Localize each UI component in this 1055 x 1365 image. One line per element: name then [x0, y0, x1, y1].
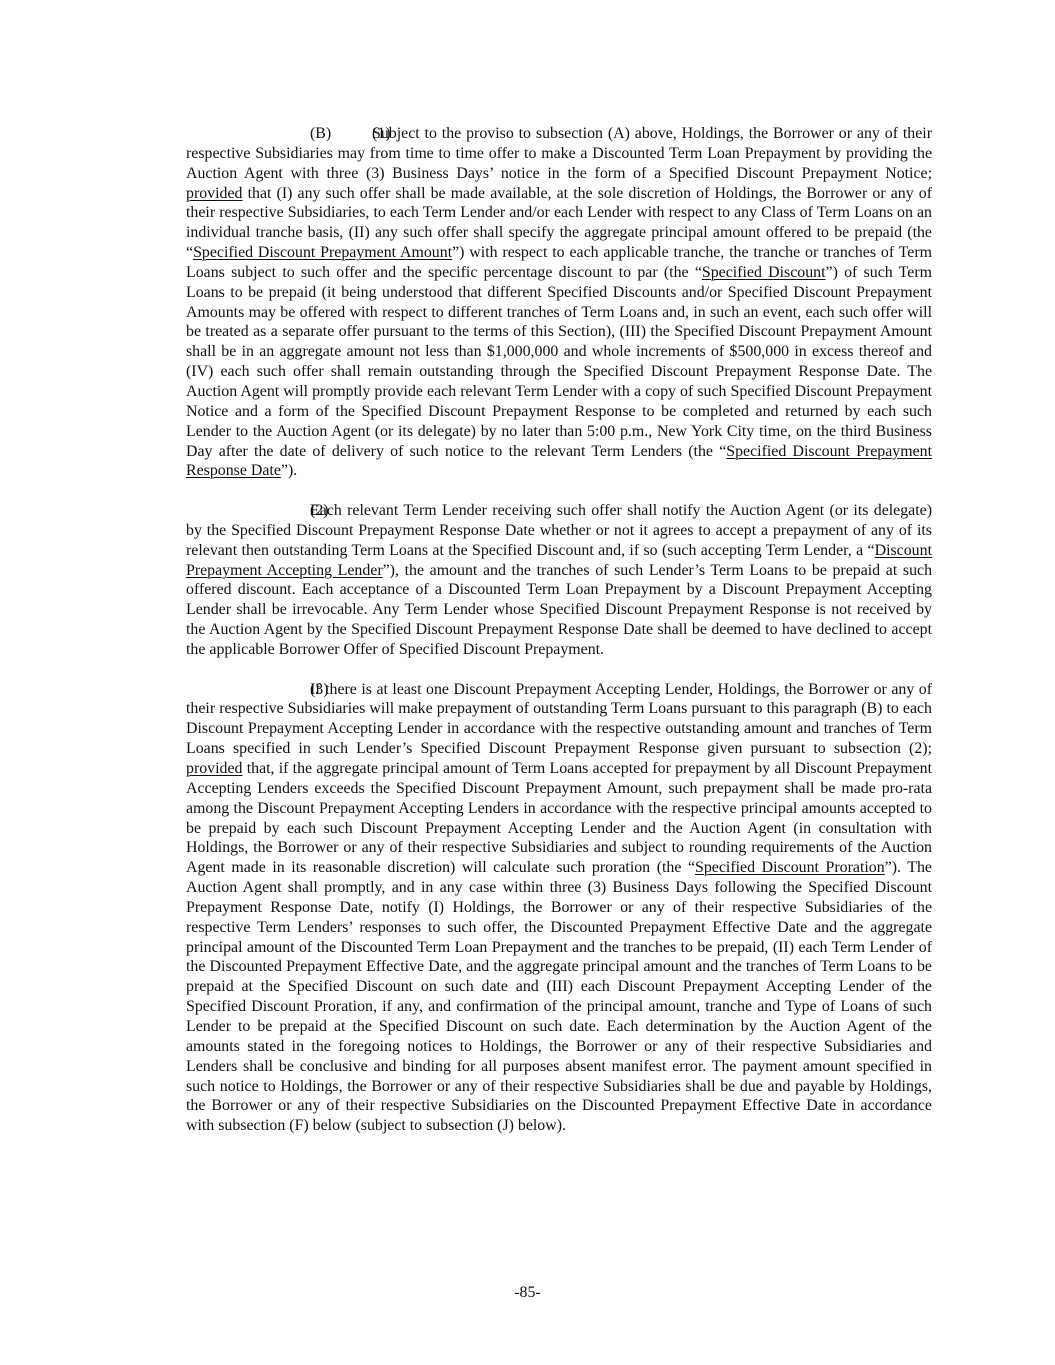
text-segment: ”).: [281, 462, 297, 479]
subsection-label-1: (1): [310, 124, 372, 144]
page-number: -85-: [0, 1284, 1055, 1302]
document-page: (B)(1)Subject to the proviso to subsecti…: [186, 124, 932, 1156]
paragraph-b-1: (B)(1)Subject to the proviso to subsecti…: [186, 124, 932, 481]
defined-term-specified-discount-proration: Specified Discount Proration: [695, 859, 885, 876]
section-label-b: (B): [248, 124, 310, 144]
defined-term-provided: provided: [186, 760, 243, 777]
subsection-label-3: (3): [248, 680, 310, 700]
subsection-label-2: (2): [248, 501, 310, 521]
defined-term-specified-discount: Specified Discount: [702, 264, 826, 281]
text-segment: ”). The Auction Agent shall promptly, an…: [186, 859, 932, 1134]
text-segment: ”) of such Term Loans to be prepaid (it …: [186, 264, 932, 460]
paragraph-b-3: (3)If there is at least one Discount Pre…: [186, 680, 932, 1136]
paragraph-b-2: (2)Each relevant Term Lender receiving s…: [186, 501, 932, 660]
defined-term-specified-discount-prepayment-amount: Specified Discount Prepayment Amount: [193, 244, 452, 261]
defined-term-provided: provided: [186, 185, 243, 202]
